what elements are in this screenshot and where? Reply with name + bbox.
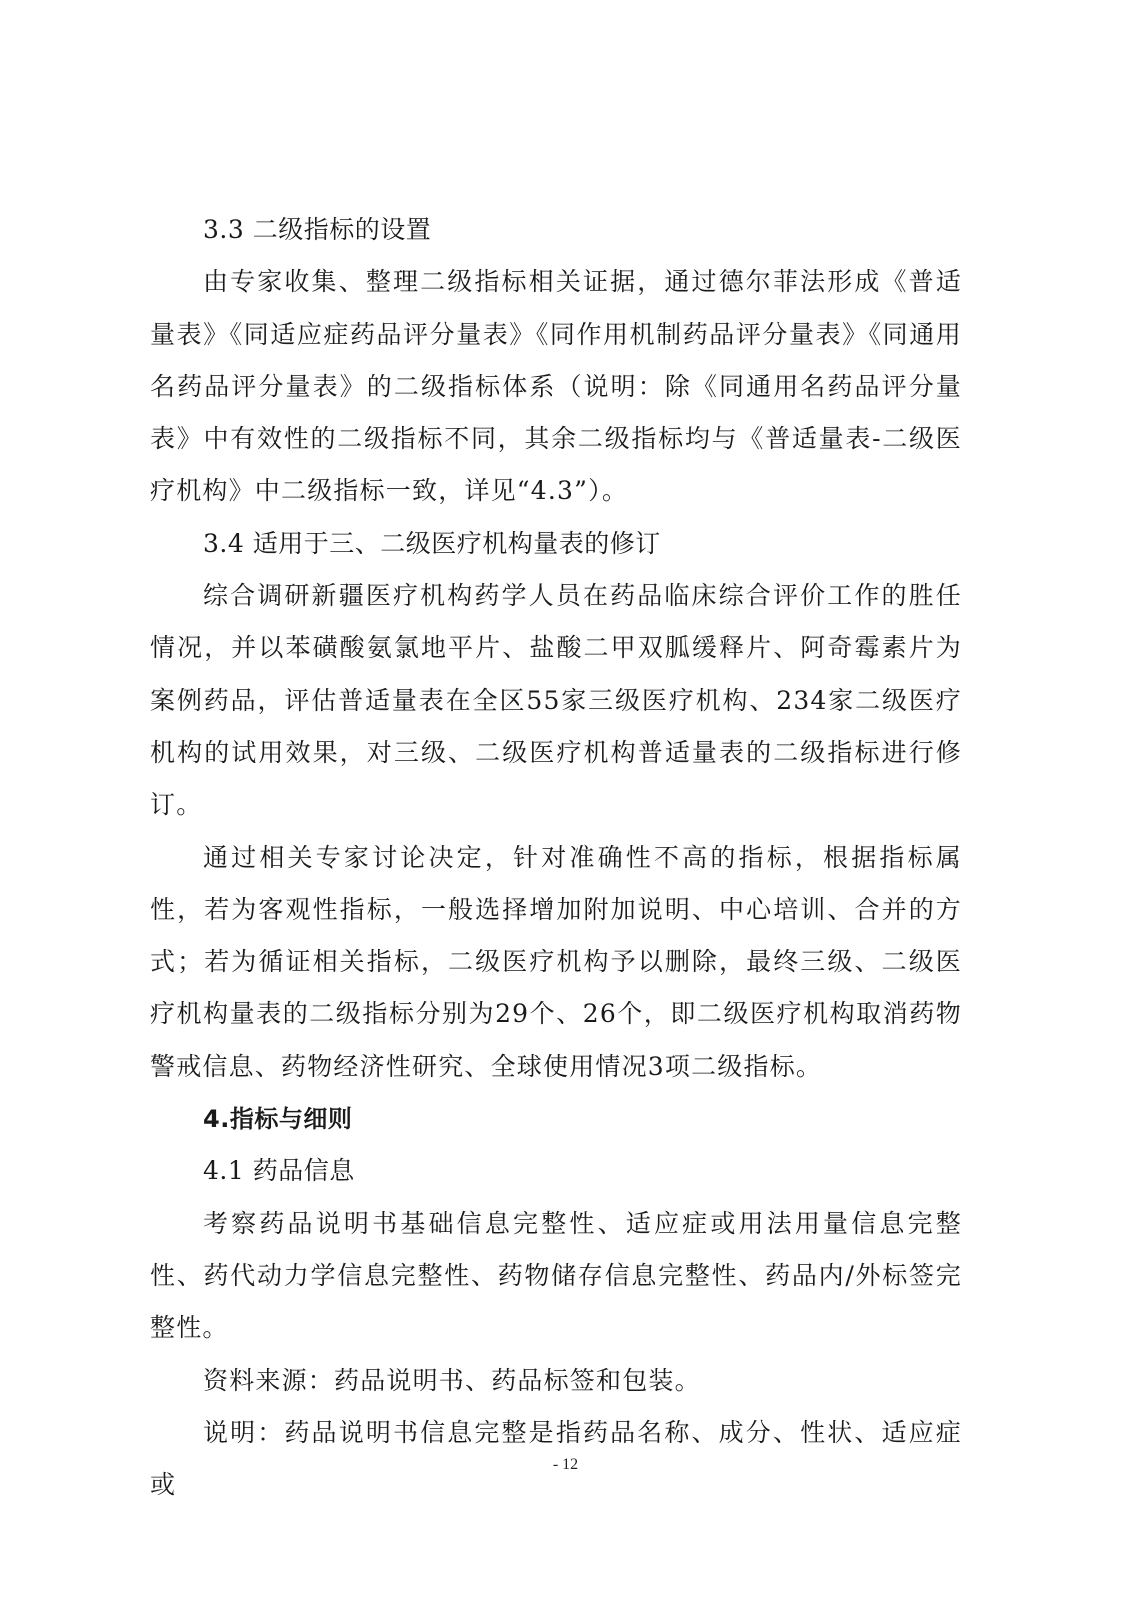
section-heading-4-1: 4.1 药品信息 — [150, 1145, 962, 1197]
paragraph-secondary-indicator-setup: 由专家收集、整理二级指标相关证据，通过德尔菲法形成《普适量表》《同适应症药品评分… — [150, 256, 962, 517]
section-heading-4: 4.指标与细则 — [150, 1093, 962, 1145]
section-heading-3-4: 3.4 适用于三、二级医疗机构量表的修订 — [150, 518, 962, 570]
page-number: - 12 — [0, 1456, 1131, 1474]
paragraph-expert-discussion: 通过相关专家讨论决定，针对准确性不高的指标，根据指标属性，若为客观性指标，一般选… — [150, 832, 962, 1093]
paragraph-survey-revision: 综合调研新疆医疗机构药学人员在药品临床综合评价工作的胜任情况，并以苯磺酸氨氯地平… — [150, 570, 962, 831]
section-heading-3-3: 3.3 二级指标的设置 — [150, 204, 962, 256]
paragraph-drug-info-review: 考察药品说明书基础信息完整性、适应症或用法用量信息完整性、药代动力学信息完整性、… — [150, 1198, 962, 1355]
paragraph-data-source: 资料来源：药品说明书、药品标签和包装。 — [150, 1355, 962, 1407]
document-body: 3.3 二级指标的设置 由专家收集、整理二级指标相关证据，通过德尔菲法形成《普适… — [150, 204, 962, 1511]
